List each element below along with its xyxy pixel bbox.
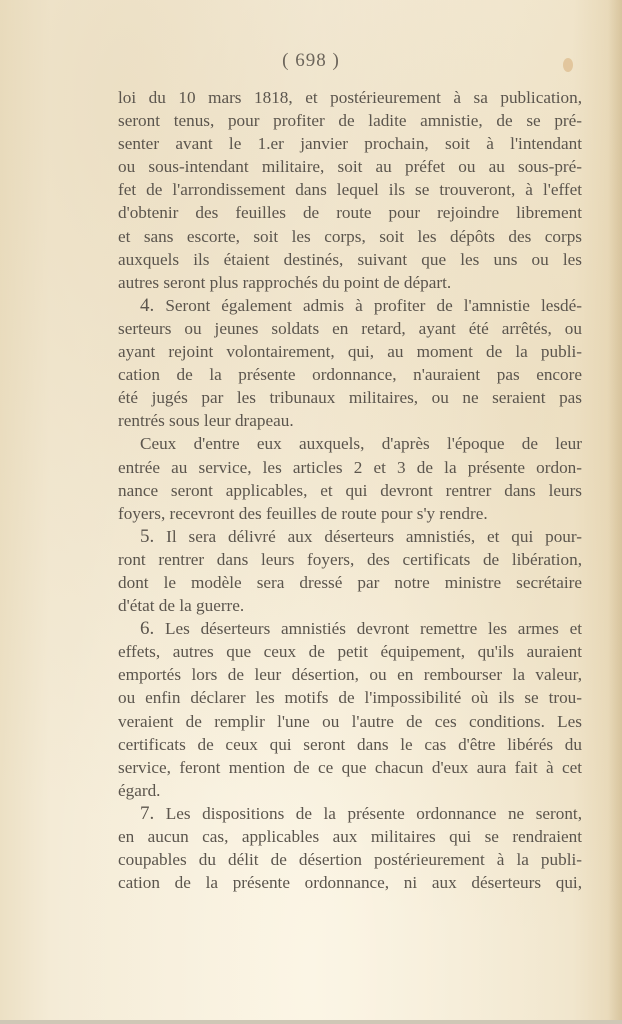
text-line: ayant rejoint volontairement, qui, au mo…: [118, 340, 582, 363]
text-line: veraient de remplir l'une ou l'autre de …: [118, 710, 582, 733]
article-6: 6. Les déserteurs amnistiés devront reme…: [118, 617, 582, 802]
text-line: serteurs ou jeunes soldats en retard, ay…: [118, 317, 582, 340]
text-line: 5. Il sera délivré aux déserteurs amnist…: [118, 525, 582, 548]
article-number: 4.: [140, 295, 154, 316]
text-line: cation de la présente ordonnance, n'aura…: [118, 363, 582, 386]
text-line: ou enfin déclarer les motifs de l'imposs…: [118, 686, 582, 709]
article-4-paragraph-2: Ceux d'entre eux auxquels, d'après l'épo…: [118, 432, 582, 524]
text-line: seront tenus, pour profiter de ladite am…: [118, 109, 582, 132]
scanned-page: ( 698 ) loi du 10 mars 1818, et postérie…: [0, 0, 622, 1024]
article-7: 7. Les dispositions de la présente ordon…: [118, 802, 582, 894]
text-line: auxquels ils étaient destinés, suivant q…: [118, 248, 582, 271]
text-line: rentrés sous leur drapeau.: [118, 409, 582, 432]
document-body: loi du 10 mars 1818, et postérieurement …: [118, 86, 582, 894]
text-line: 4. Seront également admis à profiter de …: [118, 294, 582, 317]
page-bottom-border: [0, 1020, 622, 1024]
text-line: entrée au service, les articles 2 et 3 d…: [118, 456, 582, 479]
paragraph-continuation: loi du 10 mars 1818, et postérieurement …: [118, 86, 582, 294]
text-line: ou sous-intendant militaire, soit au pré…: [118, 155, 582, 178]
text-line: dont le modèle sera dressé par notre min…: [118, 571, 582, 594]
text-line: emportés lors de leur désertion, ou en r…: [118, 663, 582, 686]
article-number: 6.: [140, 618, 154, 639]
article-5: 5. Il sera délivré aux déserteurs amnist…: [118, 525, 582, 617]
text-line: service, feront mention de ce que chacun…: [118, 756, 582, 779]
text-line: Ceux d'entre eux auxquels, d'après l'épo…: [118, 432, 582, 455]
text-line: été jugés par les tribunaux militaires, …: [118, 386, 582, 409]
page-edge-shadow: [608, 0, 622, 1024]
text-line: en aucun cas, applicables aux militaires…: [118, 825, 582, 848]
text-line: autres seront plus rapprochés du point d…: [118, 271, 582, 294]
text-line: 6. Les déserteurs amnistiés devront reme…: [118, 617, 582, 640]
text-line: 7. Les dispositions de la présente ordon…: [118, 802, 582, 825]
article-4: 4. Seront également admis à profiter de …: [118, 294, 582, 433]
text-line: égard.: [118, 779, 582, 802]
text-line: nance seront applicables, et qui devront…: [118, 479, 582, 502]
text-line: coupables du délit de désertion postérie…: [118, 848, 582, 871]
text-line: et sans escorte, soit les corps, soit le…: [118, 225, 582, 248]
page-number: ( 698 ): [0, 50, 622, 72]
text-line: loi du 10 mars 1818, et postérieurement …: [118, 86, 582, 109]
article-number: 5.: [140, 526, 154, 547]
text-line: certificats de ceux qui seront dans le c…: [118, 733, 582, 756]
text-line: effets, autres que ceux de petit équipem…: [118, 640, 582, 663]
text-line: senter avant le 1.er janvier prochain, s…: [118, 132, 582, 155]
text-line: fet de l'arrondissement dans lequel ils …: [118, 178, 582, 201]
text-line: foyers, recevront des feuilles de route …: [118, 502, 582, 525]
text-line: d'état de la guerre.: [118, 594, 582, 617]
text-line: cation de la présente ordonnance, ni aux…: [118, 871, 582, 894]
article-number: 7.: [140, 803, 154, 824]
text-line: d'obtenir des feuilles de route pour rej…: [118, 201, 582, 224]
text-line: ront rentrer dans leurs foyers, des cert…: [118, 548, 582, 571]
